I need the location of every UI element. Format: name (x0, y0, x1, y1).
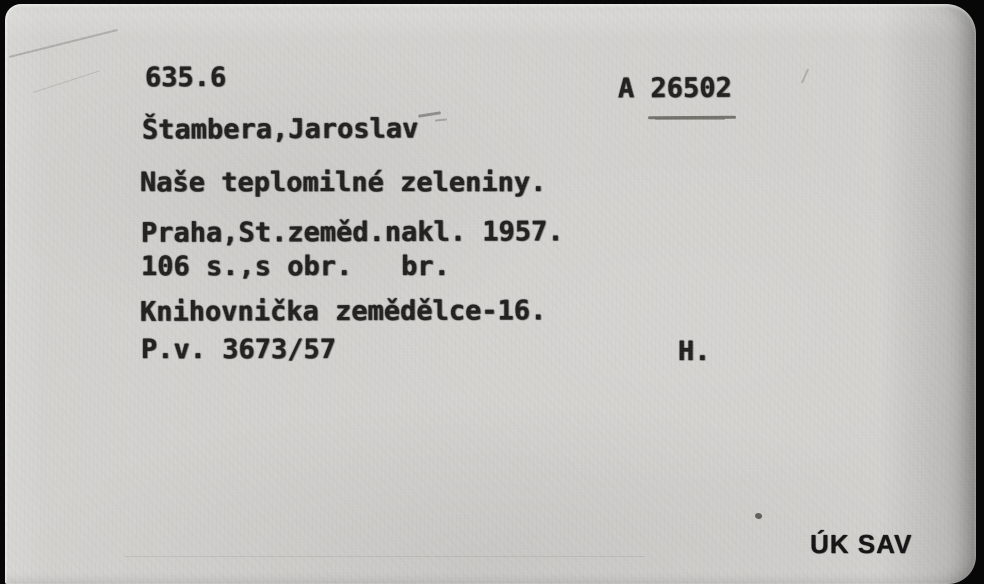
letter-mark: H. (678, 336, 711, 368)
accession-number: A 26502 (618, 73, 732, 106)
scratch-mark (9, 29, 118, 58)
faint-scratch-mark (801, 68, 809, 83)
pencil-dash-mark-2 (435, 118, 447, 121)
faint-streak (125, 556, 645, 557)
accession-underline (648, 116, 736, 120)
author-line: Štambera,Jaroslav (142, 113, 418, 146)
series-line: Knihovnička zemědělce-16. (140, 295, 546, 328)
scan-background: 635.6 A 26502 Štambera,Jaroslav Naše tep… (0, 0, 984, 584)
classification-number: 635.6 (145, 62, 226, 94)
title-line: Naše teplomilné zeleniny. (140, 167, 546, 199)
library-stamp: ÚK SAV (810, 529, 912, 560)
scratch-mark-2 (33, 70, 100, 93)
pencil-dash-mark (418, 111, 441, 117)
catalog-card: 635.6 A 26502 Štambera,Jaroslav Naše tep… (5, 4, 976, 584)
collation-line: 106 s.,s obr. br. (141, 251, 450, 283)
imprint-line: Praha,St.zeměd.nakl. 1957. (141, 216, 564, 249)
ink-speck (754, 512, 763, 521)
accession-underline-shadow (655, 118, 725, 120)
record-number-line: P.v. 3673/57 (141, 334, 336, 366)
